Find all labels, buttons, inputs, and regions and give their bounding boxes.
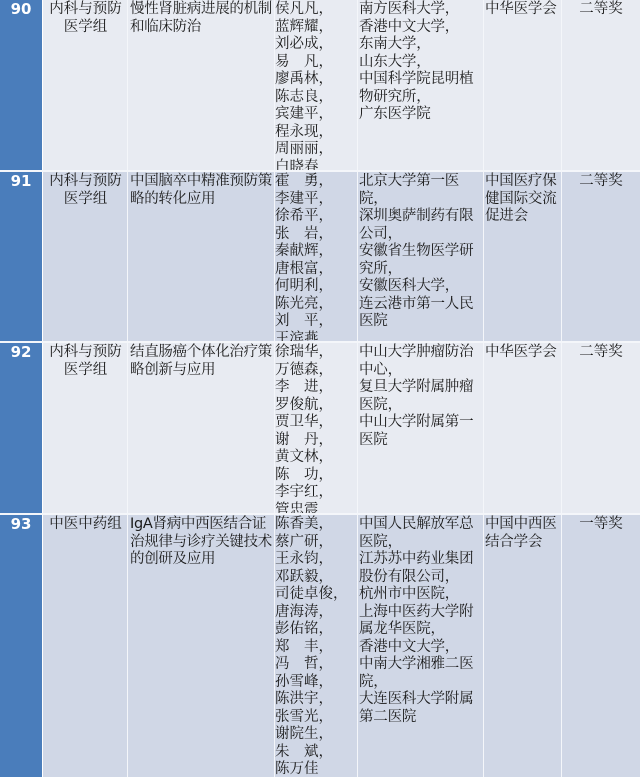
names-cell: 徐瑞华，万德森，李 进，罗俊航，贾卫华，谢 丹，黄文林，陈 功，李宇红，管忠震 xyxy=(275,343,358,513)
project-cell: 慢性肾脏病进展的机制 和临床防治 xyxy=(128,0,275,170)
table-row: 91 内科与预防 医学组 中国脑卒中精准预防策 略的转化应用 霍 勇，李建平，徐… xyxy=(0,172,640,341)
person-name: 陈光亮， xyxy=(275,296,357,314)
society-cell: 中国医疗保 健国际交流 促进会 xyxy=(484,172,562,341)
person-name: 李建平， xyxy=(275,191,357,209)
person-name: 陈志良， xyxy=(275,89,357,107)
person-name: 贾卫华， xyxy=(275,414,357,432)
names-cell: 陈香美，蔡广研，王永钧，邓跃毅，司徒卓俊，唐海涛，彭佑铭，郑 丰，冯 哲，孙雪峰… xyxy=(275,515,358,777)
awards-table: 90 内科与预防 医学组 慢性肾脏病进展的机制 和临床防治 侯凡凡，蓝辉耀，刘必… xyxy=(0,0,640,777)
table-row: 92 内科与预防 医学组 结直肠癌个体化治疗策 略创新与应用 徐瑞华，万德森，李… xyxy=(0,343,640,513)
person-name: 周丽丽， xyxy=(275,141,357,159)
person-name: 郑 丰， xyxy=(275,639,357,657)
person-name: 刘 平， xyxy=(275,313,357,331)
person-name: 易 凡， xyxy=(275,54,357,72)
person-name: 邓跃毅， xyxy=(275,569,357,587)
person-name: 彭佑铭， xyxy=(275,621,357,639)
row-number: 90 xyxy=(0,0,43,170)
society-cell: 中华医学会 xyxy=(484,343,562,513)
person-name: 徐希平， xyxy=(275,208,357,226)
person-name: 谢院生， xyxy=(275,726,357,744)
person-name: 李宇红， xyxy=(275,484,357,502)
person-name: 陈万佳 xyxy=(275,761,357,777)
society-cell: 中国中西医 结合学会 xyxy=(484,515,562,777)
person-name: 唐根富， xyxy=(275,261,357,279)
names-cell: 侯凡凡，蓝辉耀，刘必成，易 凡，廖禹林，陈志良，宾建平，程永现，周丽丽，白晓春 xyxy=(275,0,358,170)
project-cell: 中国脑卒中精准预防策 略的转化应用 xyxy=(128,172,275,341)
project-cell: IgA肾病中西医结合证 治规律与诊疗关键技术 的创研及应用 xyxy=(128,515,275,777)
person-name: 霍 勇， xyxy=(275,173,357,191)
person-name: 李 进， xyxy=(275,379,357,397)
group-cell: 内科与预防 医学组 xyxy=(43,172,128,341)
award-cell: 二等奖 xyxy=(562,0,640,170)
group-cell: 内科与预防 医学组 xyxy=(43,343,128,513)
person-name: 朱 斌， xyxy=(275,744,357,762)
person-name: 侯凡凡， xyxy=(275,1,357,19)
person-name: 王永钧， xyxy=(275,551,357,569)
person-name: 唐海涛， xyxy=(275,604,357,622)
names-cell: 霍 勇，李建平，徐希平，张 岩，秦献辉，唐根富，何明利，陈光亮，刘 平，王滨燕 xyxy=(275,172,358,341)
person-name: 刘必成， xyxy=(275,36,357,54)
person-name: 程永现， xyxy=(275,124,357,142)
person-name: 冯 哲， xyxy=(275,656,357,674)
table-row: 90 内科与预防 医学组 慢性肾脏病进展的机制 和临床防治 侯凡凡，蓝辉耀，刘必… xyxy=(0,0,640,170)
person-name: 陈 功， xyxy=(275,467,357,485)
person-name: 蔡广研， xyxy=(275,534,357,552)
institutions-cell: 北京大学第一医院， 深圳奥萨制药有限 公司， 安徽省生物医学研 究所， 安徽医科… xyxy=(358,172,484,341)
person-name: 秦献辉， xyxy=(275,243,357,261)
row-number: 91 xyxy=(0,172,43,341)
person-name: 蓝辉耀， xyxy=(275,19,357,37)
person-name: 张 岩， xyxy=(275,226,357,244)
institutions-cell: 南方医科大学， 香港中文大学， 东南大学， 山东大学， 中国科学院昆明植 物研究… xyxy=(358,0,484,170)
table-row: 93 中医中药组 IgA肾病中西医结合证 治规律与诊疗关键技术 的创研及应用 陈… xyxy=(0,515,640,777)
person-name: 黄文林， xyxy=(275,449,357,467)
person-name: 罗俊航， xyxy=(275,397,357,415)
person-name: 张雪光， xyxy=(275,709,357,727)
person-name: 徐瑞华， xyxy=(275,344,357,362)
person-name: 万德森， xyxy=(275,362,357,380)
person-name: 白晓春 xyxy=(275,159,357,171)
person-name: 宾建平， xyxy=(275,106,357,124)
group-cell: 中医中药组 xyxy=(43,515,128,777)
person-name: 管忠震 xyxy=(275,502,357,514)
award-cell: 一等奖 xyxy=(562,515,640,777)
person-name: 何明利， xyxy=(275,278,357,296)
award-cell: 二等奖 xyxy=(562,172,640,341)
project-cell: 结直肠癌个体化治疗策 略创新与应用 xyxy=(128,343,275,513)
institutions-cell: 中山大学肿瘤防治 中心， 复旦大学附属肿瘤 医院， 中山大学附属第一 医院 xyxy=(358,343,484,513)
person-name: 王滨燕 xyxy=(275,331,357,342)
person-name: 司徒卓俊， xyxy=(275,586,357,604)
society-cell: 中华医学会 xyxy=(484,0,562,170)
person-name: 廖禹林， xyxy=(275,71,357,89)
person-name: 陈洪宇， xyxy=(275,691,357,709)
person-name: 孙雪峰， xyxy=(275,674,357,692)
group-cell: 内科与预防 医学组 xyxy=(43,0,128,170)
person-name: 谢 丹， xyxy=(275,432,357,450)
row-number: 92 xyxy=(0,343,43,513)
award-cell: 二等奖 xyxy=(562,343,640,513)
row-number: 93 xyxy=(0,515,43,777)
institutions-cell: 中国人民解放军总 医院， 江苏苏中药业集团 股份有限公司， 杭州市中医院， 上海… xyxy=(358,515,484,777)
person-name: 陈香美， xyxy=(275,516,357,534)
